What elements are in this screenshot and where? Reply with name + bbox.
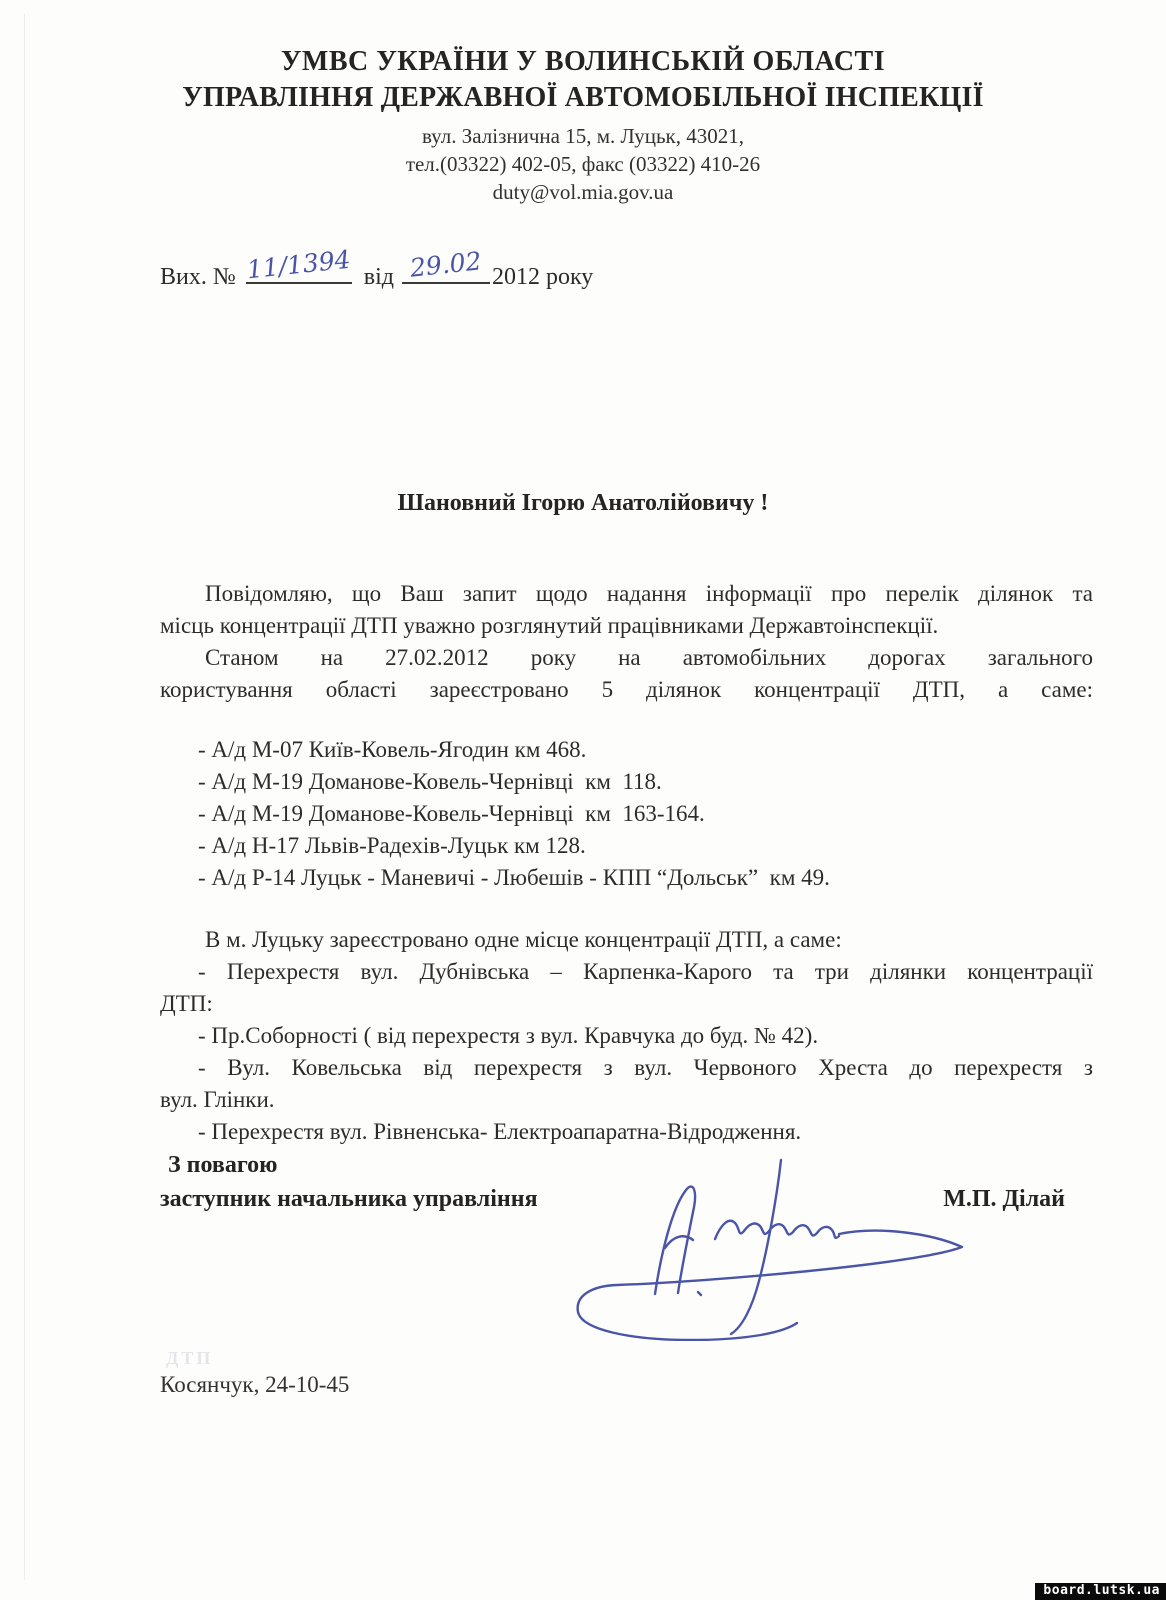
- road-list-item: - А/д М-07 Київ-Ковель-Ягодин км 468.: [160, 734, 1093, 766]
- handwritten-signature: [545, 1126, 965, 1341]
- bleedthrough-ghost-text: ДТП: [166, 1348, 213, 1369]
- road-list-item: - А/д М-19 Доманове-Ковель-Чернівці км 1…: [160, 766, 1093, 798]
- ref-date-blank: 29.02: [402, 252, 490, 284]
- road-list-item: - А/д Н-17 Львів-Радехів-Луцьк км 128.: [160, 830, 1093, 862]
- ref-middle: від: [364, 264, 394, 290]
- org-phone-fax: тел.(03322) 402-05, факс (03322) 410-26: [0, 152, 1166, 177]
- city-intro: В м. Луцьку зареєстровано одне місце кон…: [160, 924, 1093, 956]
- salutation: Шановний Ігорю Анатолійовичу !: [0, 490, 1166, 517]
- org-name-line1: УМВС УКРАЇНИ У ВОЛИНСЬКІЙ ОБЛАСТІ: [0, 46, 1166, 78]
- signer-name: М.П. Ділай: [943, 1186, 1093, 1213]
- road-list-item: - А/д Р-14 Луцьк - Маневичі - Любешів - …: [160, 862, 1093, 894]
- executor-line: Косянчук, 24-10-45: [160, 1372, 349, 1398]
- scan-edge-artifact: [24, 14, 25, 1580]
- ref-date-handwritten: 29.02: [400, 245, 491, 283]
- city-list-item-wrap: вул. Глінки.: [160, 1084, 1093, 1116]
- city-list-item: - Перехрестя вул. Дубнівська – Карпенка-…: [160, 956, 1093, 988]
- org-email: duty@vol.mia.gov.ua: [0, 180, 1166, 205]
- letterhead: УМВС УКРАЇНИ У ВОЛИНСЬКІЙ ОБЛАСТІ УПРАВЛ…: [0, 46, 1166, 205]
- city-list-item: - Вул. Ковельська від перехрестя з вул. …: [160, 1052, 1093, 1084]
- city-list-item-wrap: ДТП:: [160, 988, 1093, 1020]
- org-address: вул. Залізнична 15, м. Луцьк, 43021,: [0, 124, 1166, 149]
- outgoing-reference-line: Вих. №11/1394від29.022012 року: [160, 252, 593, 291]
- paragraph1-line2: місць концентрації ДТП уважно розглянути…: [160, 610, 1093, 642]
- ref-prefix: Вих. №: [160, 264, 236, 290]
- ref-number-blank: 11/1394: [246, 252, 352, 284]
- road-list-item: - А/д М-19 Доманове-Ковель-Чернівці км 1…: [160, 798, 1093, 830]
- signer-title: заступник начальника управління: [160, 1186, 538, 1213]
- paragraph2-line1: Станом на 27.02.2012 року на автомобільн…: [160, 642, 1093, 674]
- paragraph2-line2: користування області зареєстровано 5 діл…: [160, 674, 1093, 706]
- letter-body: Повідомляю, що Ваш запит щодо надання ін…: [160, 578, 1093, 1148]
- ref-number-handwritten: 11/1394: [244, 245, 352, 285]
- scanned-letter-page: УМВС УКРАЇНИ У ВОЛИНСЬКІЙ ОБЛАСТІ УПРАВЛ…: [0, 0, 1166, 1600]
- ref-suffix: 2012 року: [492, 264, 593, 290]
- city-list-item: - Пр.Соборності ( від перехрестя з вул. …: [160, 1020, 1093, 1052]
- site-watermark-badge: board.lutsk.ua: [1035, 1583, 1166, 1600]
- paragraph1-line1: Повідомляю, що Ваш запит щодо надання ін…: [160, 578, 1093, 610]
- org-name-line2: УПРАВЛІННЯ ДЕРЖАВНОЇ АВТОМОБІЛЬНОЇ ІНСПЕ…: [0, 82, 1166, 114]
